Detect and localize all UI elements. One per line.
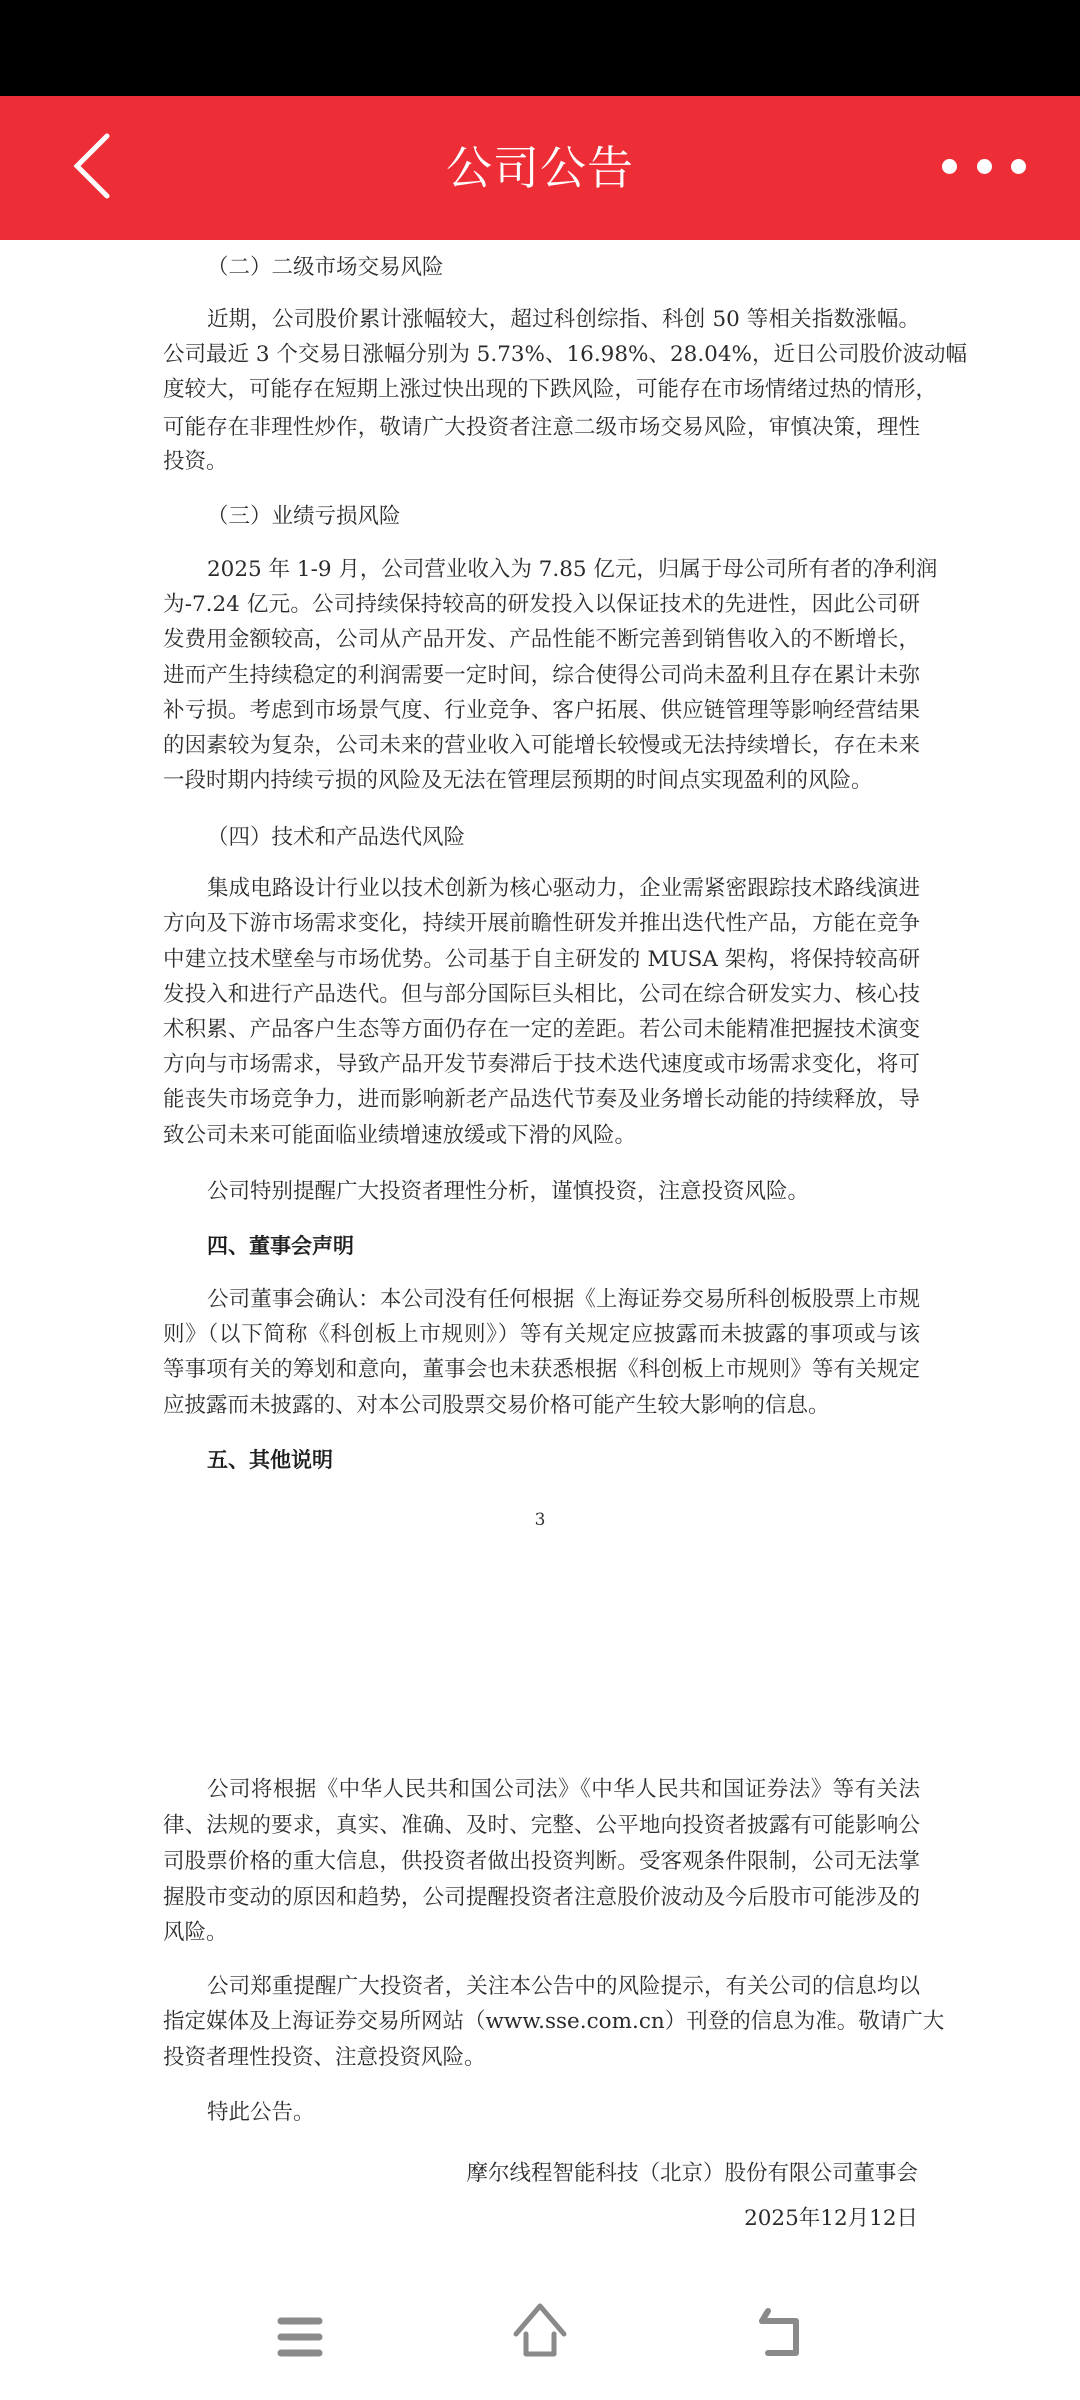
- system-nav-bar: [0, 2260, 1080, 2400]
- paragraph-line: 进而产生持续稳定的利润需要一定时间，综合使得公司尚未盈利且存在累计未弥: [163, 661, 920, 691]
- paragraph-line: 方向及下游市场需求变化，持续开展前瞻性研发并推出迭代性产品，方能在竞争: [163, 909, 920, 939]
- back-nav-button[interactable]: [740, 2300, 820, 2370]
- paragraph-line: 中建立技术壁垒与市场优势。公司基于自主研发的 MUSA 架构，将保持较高研: [163, 945, 920, 975]
- page-number: 3: [0, 1510, 1080, 1530]
- paragraph-line: 近期，公司股价累计涨幅较大，超过科创综指、科创 50 等相关指数涨幅。: [207, 305, 920, 335]
- paragraph-line: 可能存在非理性炒作，敬请广大投资者注意二级市场交易风险，审慎决策，理性: [163, 413, 920, 443]
- paragraph-line: 发投入和进行产品迭代。但与部分国际巨头相比，公司在综合研发实力、核心技: [163, 980, 920, 1010]
- paragraph-line: 投资。: [163, 447, 920, 477]
- paragraph-line: 公司最近 3 个交易日涨幅分别为 5.73%、16.98%、28.04%，近日公…: [163, 340, 920, 370]
- section-heading: （四）技术和产品迭代风险: [207, 823, 465, 853]
- paragraph-line: 风险。: [163, 1918, 920, 1948]
- paragraph-line: 则》（以下简称《科创板上市规则》）等有关规定应披露而未披露的事项或与该: [163, 1320, 920, 1350]
- page-title: 公司公告: [0, 140, 1080, 196]
- app-header: 公司公告: [0, 96, 1080, 240]
- paragraph-line: 公司董事会确认：本公司没有任何根据《上海证券交易所科创板股票上市规: [207, 1285, 920, 1315]
- status-bar: [0, 0, 1080, 96]
- paragraph-line: 2025 年 1-9 月，公司营业收入为 7.85 亿元，归属于母公司所有者的净…: [207, 555, 920, 585]
- paragraph-line: 应披露而未披露的、对本公司股票交易价格可能产生较大影响的信息。: [163, 1391, 920, 1421]
- paragraph-line: 投资者理性投资、注意投资风险。: [163, 2043, 920, 2073]
- paragraph-line: 握股市变动的原因和趋势，公司提醒投资者注意股价波动及今后股市可能涉及的: [163, 1883, 920, 1913]
- closing-line: 特此公告。: [207, 2098, 920, 2128]
- more-dots-icon: [1011, 159, 1026, 174]
- section-heading: （三）业绩亏损风险: [207, 502, 401, 532]
- back-arrow-icon: [740, 2300, 820, 2370]
- home-icon: [500, 2300, 580, 2370]
- section-heading-bold: 四、董事会声明: [207, 1231, 354, 1261]
- more-dots-icon: [942, 159, 957, 174]
- paragraph-line: 发费用金额较高，公司从产品开发、产品性能不断完善到销售收入的不断增长，: [163, 625, 920, 655]
- paragraph-line: 集成电路设计行业以技术创新为核心驱动力，企业需紧密跟踪技术路线演进: [207, 874, 920, 904]
- paragraph-line: 律、法规的要求，真实、准确、及时、完整、公平地向投资者披露有可能影响公: [163, 1811, 920, 1841]
- paragraph-line: 术积累、产品客户生态等方面仍存在一定的差距。若公司未能精准把握技术演变: [163, 1015, 920, 1045]
- paragraph-line: 公司将根据《中华人民共和国公司法》《中华人民共和国证券法》等有关法: [207, 1775, 920, 1805]
- paragraph-line: 等事项有关的筹划和意向，董事会也未获悉根据《科创板上市规则》等有关规定: [163, 1355, 920, 1385]
- home-button[interactable]: [500, 2300, 580, 2370]
- paragraph-line: 公司郑重提醒广大投资者，关注本公告中的风险提示，有关公司的信息均以: [207, 1972, 920, 2002]
- paragraph-line: 的因素较为复杂，公司未来的营业收入可能增长较慢或无法持续增长，存在未来: [163, 731, 920, 761]
- paragraph-line: 致公司未来可能面临业绩增速放缓或下滑的风险。: [163, 1121, 920, 1151]
- signature-company: 摩尔线程智能科技（北京）股份有限公司董事会: [466, 2159, 918, 2189]
- signature-date: 2025年12月12日: [744, 2204, 918, 2234]
- paragraph-line: 度较大，可能存在短期上涨过快出现的下跌风险，可能存在市场情绪过热的情形，: [163, 375, 920, 405]
- paragraph-line: 补亏损。考虑到市场景气度、行业竞争、客户拓展、供应链管理等影响经营结果: [163, 696, 920, 726]
- paragraph-line: 指定媒体及上海证券交易所网站（www.sse.com.cn）刊登的信息为准。敬请…: [163, 2007, 920, 2037]
- menu-button[interactable]: [260, 2300, 340, 2370]
- more-options-button[interactable]: [930, 146, 1040, 186]
- paragraph-line: 能丧失市场竞争力，进而影响新老产品迭代节奏及业务增长动能的持续释放，导: [163, 1085, 920, 1115]
- more-dots-icon: [977, 159, 992, 174]
- paragraph-line: 方向与市场需求，导致产品开发节奏滞后于技术迭代速度或市场需求变化，将可: [163, 1050, 920, 1080]
- section-heading: （二）二级市场交易风险: [207, 253, 444, 283]
- menu-icon: [260, 2300, 340, 2370]
- paragraph-line: 为-7.24 亿元。公司持续保持较高的研发投入以保证技术的先进性，因此公司研: [163, 590, 920, 620]
- announcement-document: （二）二级市场交易风险 近期，公司股价累计涨幅较大，超过科创综指、科创 50 等…: [0, 240, 1080, 2260]
- section-heading-bold: 五、其他说明: [207, 1445, 333, 1475]
- paragraph-line: 一段时期内持续亏损的风险及无法在管理层预期的时间点实现盈利的风险。: [163, 766, 920, 796]
- paragraph-line: 司股票价格的重大信息，供投资者做出投资判断。受客观条件限制，公司无法掌: [163, 1847, 920, 1877]
- paragraph-line: 公司特别提醒广大投资者理性分析，谨慎投资，注意投资风险。: [207, 1177, 920, 1207]
